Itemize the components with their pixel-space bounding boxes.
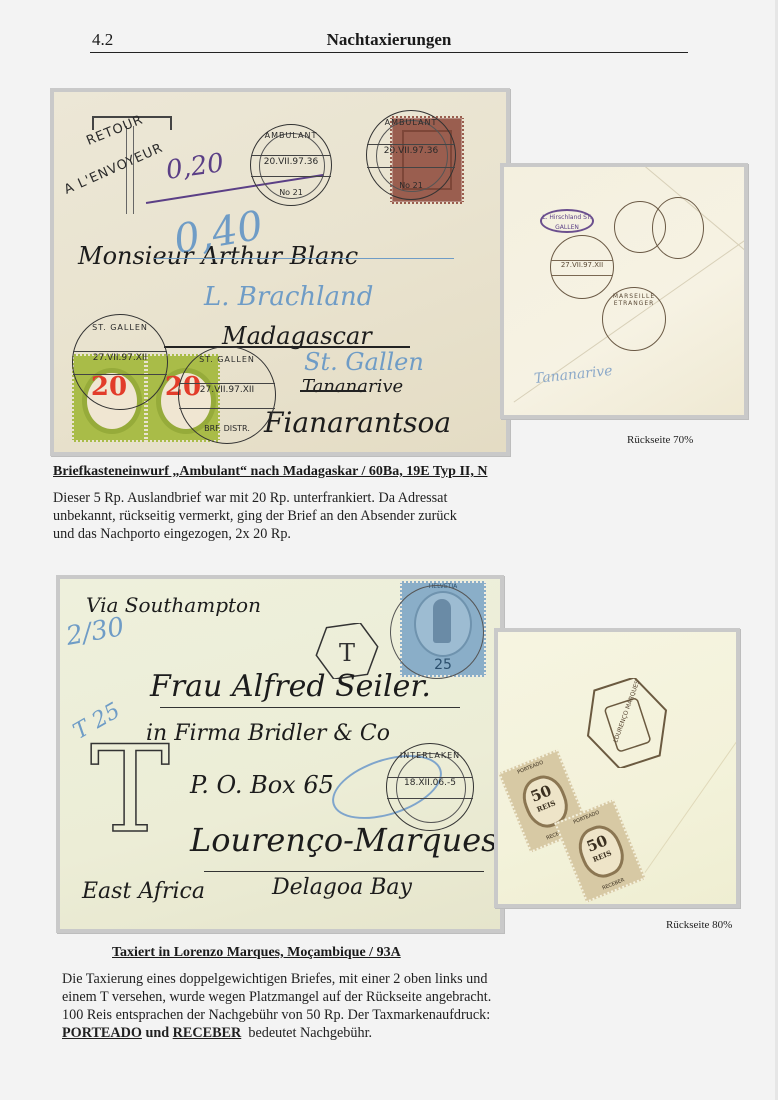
address-line-1: Monsieur Arthur Blanc xyxy=(78,242,358,270)
item-2-description: Die Taxierung eines doppelgewichtigen Br… xyxy=(62,970,532,1042)
postmark-lyon-gare-2 xyxy=(652,197,704,259)
item-1-line-2: unbekannt, rückseitig vermerkt, ging der… xyxy=(53,507,523,525)
address-line-2: L. Brachland xyxy=(204,282,373,312)
cover-1-front-image: RETOUR A L'ENVOYEUR 0,20 0,40 AMBULANT 2… xyxy=(50,88,510,456)
hexagon-postmark-back xyxy=(582,678,672,768)
postmark-st-gallen-1: ST. GALLEN 27.VII.97.XII xyxy=(72,314,168,410)
address-line-6: Delagoa Bay xyxy=(272,875,412,900)
address-line-1: Frau Alfred Seiler. xyxy=(150,669,431,704)
sender-oval-stamp: L. Hirschland ST. GALLEN xyxy=(540,209,594,233)
underline xyxy=(204,871,484,872)
pencil-note: Tananarive xyxy=(533,363,613,387)
item-1-line-1: Dieser 5 Rp. Auslandbrief war mit 20 Rp.… xyxy=(53,489,523,507)
tax-marking-blue-1: 2/30 xyxy=(64,612,127,652)
item-2-line-4: PORTEADO und RECEBER bedeutet Nachgebühr… xyxy=(62,1024,532,1042)
address-line-5: Tananarive xyxy=(302,376,403,397)
address-line-6: Fianarantsoa xyxy=(264,406,451,439)
item-1-line-3: und das Nachporto eingezogen, 2x 20 Rp. xyxy=(53,525,523,543)
postmark-interlaken: INTERLAKEN 18.XII.06.-5 xyxy=(386,743,474,831)
address-line-4: Lourenço-Marques xyxy=(190,821,498,859)
big-t-tax-mark: T xyxy=(90,731,170,851)
back-caption-1: Rückseite 70% xyxy=(627,434,693,446)
postmark-ambulant: AMBULANT 20.VII.97.36 No 21 xyxy=(250,124,332,206)
address-line-4: St. Gallen xyxy=(304,348,424,376)
strike-line xyxy=(154,258,454,259)
item-2-line-2: einem T versehen, wurde wegen Platzmange… xyxy=(62,988,532,1006)
address-line-3: P. O. Box 65 xyxy=(190,771,334,799)
underline xyxy=(160,707,460,708)
address-line-5: East Africa xyxy=(82,879,205,904)
cover-2-front-image: Via Southampton 2/30 T 25 T HELVETIA 25 … xyxy=(56,575,504,933)
item-2-title: Taxiert in Lorenzo Marques, Moçambique /… xyxy=(112,945,401,961)
item-2-line-1: Die Taxierung eines doppelgewichtigen Br… xyxy=(62,970,532,988)
svg-text:T: T xyxy=(339,639,355,667)
item-1-title: Briefkasteneinwurf „Ambulant“ nach Madag… xyxy=(53,464,487,480)
tax-marking-violet: 0,20 xyxy=(164,148,226,186)
keyword-and: und xyxy=(142,1025,173,1041)
postmark-interlaken-on-stamp xyxy=(390,585,484,679)
page-header: 4.2 Nachtaxierungen xyxy=(90,30,688,53)
page-title: Nachtaxierungen xyxy=(90,30,688,50)
line-4-rest: bedeutet Nachgebühr. xyxy=(241,1025,372,1041)
item-2-line-3: 100 Reis entsprachen der Nachgebühr von … xyxy=(62,1006,532,1024)
address-line-2: in Firma Bridler & Co xyxy=(146,721,390,746)
cover-2-back-image: LOURENÇO MARQUES PORTEADO 50 REIS RECEBE… xyxy=(494,628,740,908)
cover-1-back-image: L. Hirschland ST. GALLEN 27.VII.97.XII M… xyxy=(500,163,748,419)
postmark-marseille: MARSEILLE ETRANGER xyxy=(602,287,666,351)
postmark-st-gallen-2: ST. GALLEN 27.VII.97.XII BRF. DISTR. xyxy=(178,346,276,444)
strike-line xyxy=(300,390,366,392)
keyword-receber: RECEBER xyxy=(173,1025,242,1041)
postmark-st-gallen-back: 27.VII.97.XII xyxy=(550,235,614,299)
postmark-ambulant-on-stamp: AMBULANT 20.VII.97.36 No 21 xyxy=(366,110,456,200)
back-caption-2: Rückseite 80% xyxy=(666,919,732,931)
item-1-description: Dieser 5 Rp. Auslandbrief war mit 20 Rp.… xyxy=(53,489,523,543)
keyword-porteado: PORTEADO xyxy=(62,1025,142,1041)
